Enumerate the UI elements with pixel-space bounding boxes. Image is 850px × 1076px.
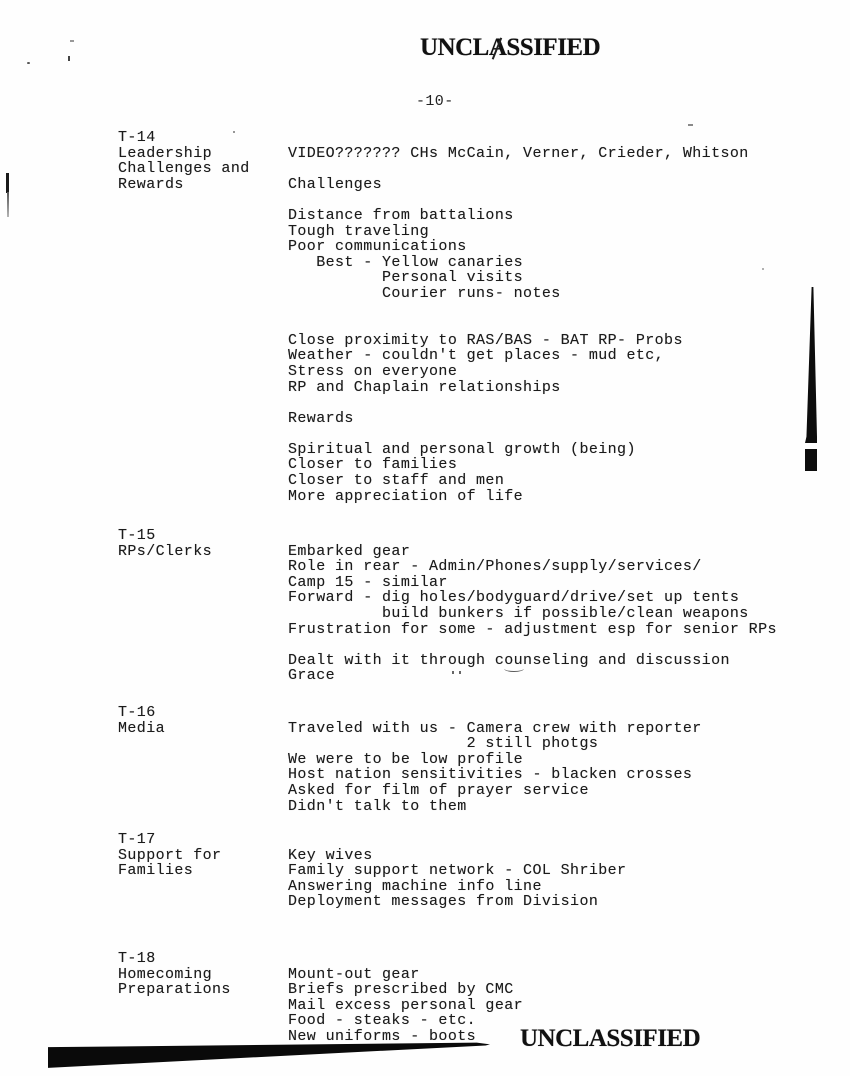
scan-artifact-left-margin-tick-fade — [7, 192, 9, 217]
scan-speck — [68, 56, 70, 61]
footer-classification-banner: UNCLASSIFIED — [520, 1026, 700, 1051]
scan-speck — [762, 268, 764, 270]
scan-speck — [70, 40, 74, 42]
section-t17-label: T-17 Support for Families — [118, 832, 221, 879]
scanned-document-page: UNCLASSIFIED -10- T-14 Leadership Challe… — [0, 0, 850, 1076]
section-t17: T-17 Support for Families Key wives Fami… — [118, 832, 221, 879]
section-t18-label: T-18 Homecoming Preparations — [118, 951, 231, 998]
section-t18: T-18 Homecoming Preparations Mount-out g… — [118, 951, 231, 998]
scan-artifact-bottom-wedge — [48, 1041, 490, 1069]
section-t14-body: VIDEO??????? CHs McCain, Verner, Crieder… — [288, 146, 749, 505]
header-classification-banner: UNCLASSIFIED — [420, 35, 600, 60]
scan-artifact-right-margin-sliver — [805, 287, 817, 443]
section-t18-body: Mount-out gear Briefs prescribed by CMC … — [288, 967, 523, 1045]
section-t15-body: Embarked gear Role in rear - Admin/Phone… — [288, 544, 777, 684]
page-number: -10- — [416, 93, 454, 110]
section-t14: T-14 Leadership Challenges and Rewards V… — [118, 130, 250, 192]
section-t15-label: T-15 RPs/Clerks — [118, 528, 212, 559]
scan-artifact-left-margin-tick — [6, 173, 9, 193]
section-t14-label: T-14 Leadership Challenges and Rewards — [118, 130, 250, 192]
section-t16-label: T-16 Media — [118, 705, 165, 736]
scan-speck — [688, 124, 693, 126]
section-t17-body: Key wives Family support network - COL S… — [288, 848, 626, 910]
section-t16: T-16 Media Traveled with us - Camera cre… — [118, 705, 165, 736]
scan-speck — [27, 62, 30, 64]
scan-artifact-right-margin-block — [805, 449, 817, 471]
section-t16-body: Traveled with us - Camera crew with repo… — [288, 721, 702, 815]
section-t15: T-15 RPs/Clerks Embarked gear Role in re… — [118, 528, 212, 559]
